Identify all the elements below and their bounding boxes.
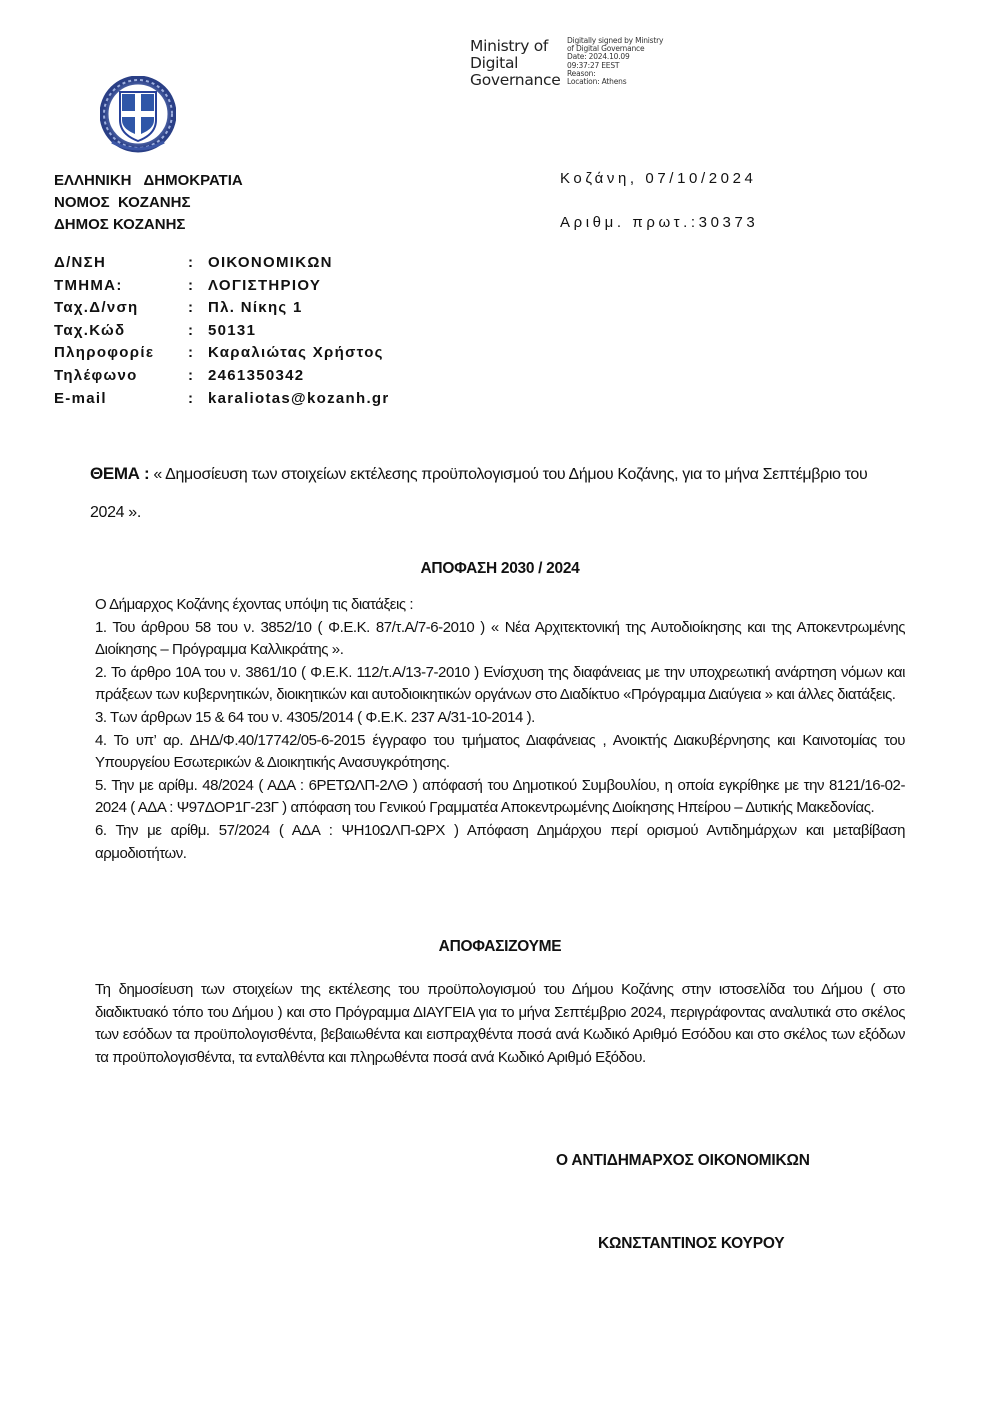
info-label: ΤΜΗΜΑ: <box>54 275 188 298</box>
info-separator: : <box>188 365 208 388</box>
consideration-item: 4. Το υπ’ αρ. ΔΗΔ/Φ.40/17742/05-6-2015 έ… <box>95 730 905 775</box>
signature-org-line: Governance <box>470 72 561 89</box>
authority-line: ΔΗΜΟΣ ΚΟΖΑΝΗΣ <box>54 214 243 236</box>
info-row: Δ/ΝΣΗ : ΟΙΚΟΝΟΜΙΚΩΝ <box>54 252 390 275</box>
info-row: Ταχ.Δ/νση : Πλ. Νίκης 1 <box>54 297 390 320</box>
contact-info-table: Δ/ΝΣΗ : ΟΙΚΟΝΟΜΙΚΩΝ ΤΜΗΜΑ: : ΛΟΓΙΣΤΗΡΙΟΥ… <box>54 252 390 410</box>
considerations: Ο Δήμαρχος Κοζάνης έχοντας υπόψη τις δια… <box>95 594 905 865</box>
document-date: Κοζάνη, 07/10/2024 <box>560 170 757 187</box>
info-value: ΟΙΚΟΝΟΜΙΚΩΝ <box>208 252 333 275</box>
consideration-item: 3. Των άρθρων 15 & 64 του ν. 4305/2014 (… <box>95 707 905 730</box>
info-value: 2461350342 <box>208 365 304 388</box>
info-value: 50131 <box>208 320 256 343</box>
info-row: E-mail : karaliotas@kozanh.gr <box>54 388 390 411</box>
subject: ΘΕΜΑ : « Δημοσίευση των στοιχείων εκτέλε… <box>90 455 890 532</box>
signature-details: Digitally signed by Ministry of Digital … <box>567 37 663 86</box>
info-row: Τηλέφωνο : 2461350342 <box>54 365 390 388</box>
info-row: ΤΜΗΜΑ: : ΛΟΓΙΣΤΗΡΙΟΥ <box>54 275 390 298</box>
info-value: Καραλιώτας Χρήστος <box>208 342 384 365</box>
greek-coat-of-arms-icon <box>100 76 176 156</box>
consideration-item: 2. Το άρθρο 10Α του ν. 3861/10 ( Φ.Ε.Κ. … <box>95 662 905 707</box>
subject-label: ΘΕΜΑ : <box>90 464 149 483</box>
info-label: Πληροφορίε <box>54 342 188 365</box>
authority-line: ΝΟΜΟΣ ΚΟΖΑΝΗΣ <box>54 192 243 214</box>
decide-heading: ΑΠΟΦΑΣΙΖΟΥΜΕ <box>0 938 1000 956</box>
signature-organization: Ministry of Digital Governance <box>470 38 561 89</box>
signature-org-line: Ministry of <box>470 38 561 55</box>
info-separator: : <box>188 275 208 298</box>
info-value: ΛΟΓΙΣΤΗΡΙΟΥ <box>208 275 321 298</box>
info-value: Πλ. Νίκης 1 <box>208 297 303 320</box>
signature-detail-line: Location: Athens <box>567 78 663 86</box>
consideration-item: 1. Του άρθρου 58 του ν. 3852/10 ( Φ.Ε.Κ.… <box>95 617 905 662</box>
signatory-name: ΚΩΝΣΤΑΝΤΙΝΟΣ ΚΟΥΡΟΥ <box>598 1235 784 1253</box>
info-label: Δ/ΝΣΗ <box>54 252 188 275</box>
info-row: Ταχ.Κώδ : 50131 <box>54 320 390 343</box>
info-label: Τηλέφωνο <box>54 365 188 388</box>
info-label: Ταχ.Δ/νση <box>54 297 188 320</box>
decision-title: ΑΠΟΦΑΣΗ 2030 / 2024 <box>0 560 1000 578</box>
issuing-authority: ΕΛΛΗΝΙΚΗ ΔΗΜΟΚΡΑΤΙΑ ΝΟΜΟΣ ΚΟΖΑΝΗΣ ΔΗΜΟΣ … <box>54 170 243 236</box>
subject-text: « Δημοσίευση των στοιχείων εκτέλεσης προ… <box>90 466 867 521</box>
email-link[interactable]: karaliotas@kozanh.gr <box>208 388 390 411</box>
consideration-item: 5. Την με αρίθμ. 48/2024 ( ΑΔΑ : 6ΡΕΤΩΛΠ… <box>95 775 905 820</box>
consideration-item: 6. Την με αρίθμ. 57/2024 ( ΑΔΑ : ΨΗ10ΩΛΠ… <box>95 820 905 865</box>
protocol-number: Αριθμ. πρωτ.:30373 <box>560 214 758 231</box>
info-label: E-mail <box>54 388 188 411</box>
signature-org-line: Digital <box>470 55 561 72</box>
considerations-intro: Ο Δήμαρχος Κοζάνης έχοντας υπόψη τις δια… <box>95 594 905 617</box>
info-separator: : <box>188 342 208 365</box>
decision-text: Τη δημοσίευση των στοιχείων της εκτέλεση… <box>95 979 905 1069</box>
info-separator: : <box>188 320 208 343</box>
decision-body: Τη δημοσίευση των στοιχείων της εκτέλεση… <box>95 979 905 1069</box>
authority-line: ΕΛΛΗΝΙΚΗ ΔΗΜΟΚΡΑΤΙΑ <box>54 170 243 192</box>
info-separator: : <box>188 388 208 411</box>
signatory-title: Ο ΑΝΤΙΔΗΜΑΡΧΟΣ ΟΙΚΟΝΟΜΙΚΩΝ <box>556 1152 810 1170</box>
info-separator: : <box>188 297 208 320</box>
info-separator: : <box>188 252 208 275</box>
info-label: Ταχ.Κώδ <box>54 320 188 343</box>
info-row: Πληροφορίε : Καραλιώτας Χρήστος <box>54 342 390 365</box>
